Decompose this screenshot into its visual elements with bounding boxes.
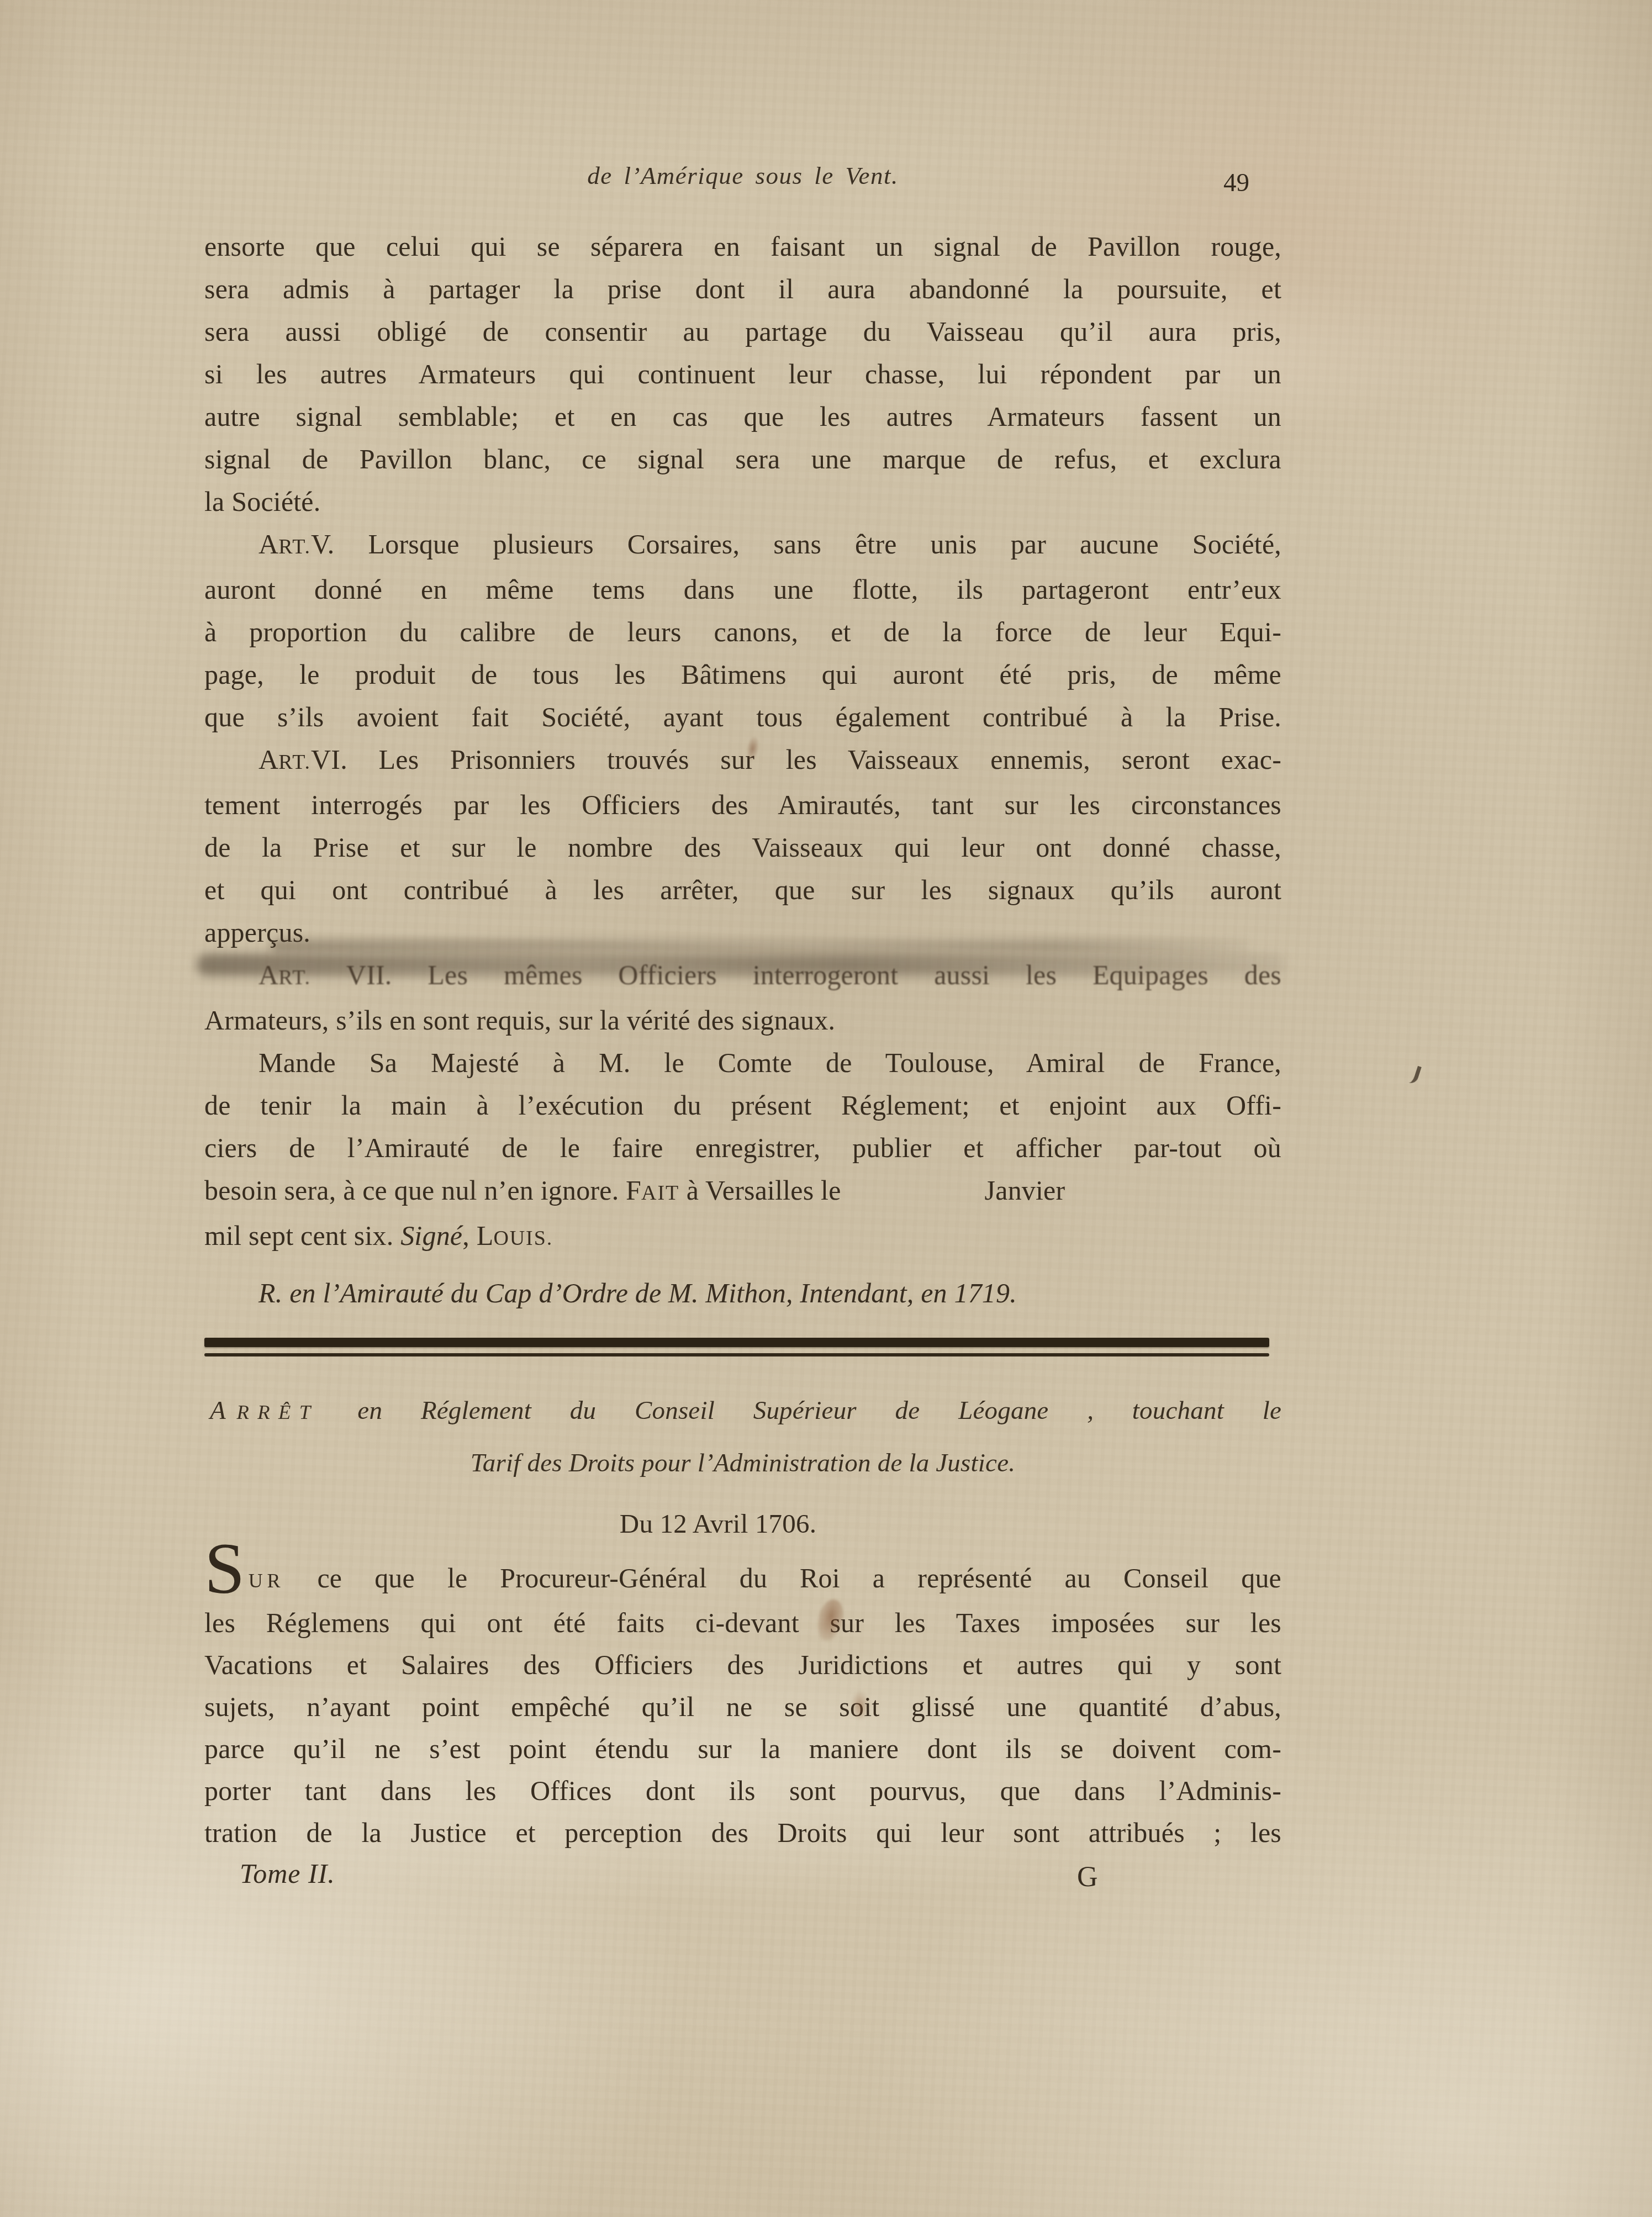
tome-label: Tome II. bbox=[240, 1858, 335, 1889]
article-label: A bbox=[258, 959, 278, 990]
paragraph-continuation: ensorte que celui qui se séparera en fai… bbox=[204, 225, 1281, 523]
registration-note: R. en l’Amirauté du Cap d’Ordre de M. Mi… bbox=[204, 1272, 1281, 1315]
article-label: A bbox=[258, 529, 278, 559]
text-line-smudged: Art. VII. Les mêmes Officiers interroger… bbox=[204, 954, 1281, 999]
text-line: page, le produit de tous les Bâtimens qu… bbox=[204, 653, 1281, 696]
text-line: apperçus. bbox=[204, 911, 1281, 954]
text-line: tration de la Justice et perception des … bbox=[204, 1812, 1281, 1854]
running-head-title: de l’Amérique sous le Vent. bbox=[204, 161, 1281, 190]
stray-ink-mark bbox=[1405, 1064, 1421, 1085]
paragraph-article-6: Art.VI. Les Prisonniers trouvés sur les … bbox=[204, 738, 1281, 954]
paragraph-registration: R. en l’Amirauté du Cap d’Ordre de M. Mi… bbox=[204, 1272, 1281, 1315]
text-line: Art.V. Lorsque plusieurs Corsaires, sans… bbox=[204, 523, 1281, 568]
text-line: tement interrogés par les Officiers des … bbox=[204, 784, 1281, 826]
text-line: parce qu’il ne s’est point étendu sur la… bbox=[204, 1728, 1281, 1770]
section-divider-rule bbox=[204, 1338, 1269, 1356]
article-label: A bbox=[258, 744, 278, 775]
text-line: sera admis à partager la prise dont il a… bbox=[204, 268, 1281, 310]
text-line: signal de Pavillon blanc, ce signal sera… bbox=[204, 438, 1281, 481]
page-number: 49 bbox=[1223, 168, 1249, 198]
text-line: Sur ce que le Procureur-Général du Roi a… bbox=[204, 1557, 1281, 1602]
section-heading: Arrêt en Réglement du Conseil Supérieur … bbox=[204, 1385, 1281, 1488]
text-line: que s’ils avoient fait Société, ayant to… bbox=[204, 696, 1281, 738]
rule-thin bbox=[204, 1353, 1269, 1356]
text-line: Armateurs, s’ils en sont requis, sur la … bbox=[204, 999, 1281, 1042]
text-line: de tenir la main à l’exécution du présen… bbox=[204, 1084, 1281, 1127]
text-line: Art.VI. Les Prisonniers trouvés sur les … bbox=[204, 738, 1281, 784]
text-line: ensorte que celui qui se séparera en fai… bbox=[204, 225, 1281, 268]
text-line: sera aussi obligé de consentir au partag… bbox=[204, 310, 1281, 353]
text-line: autre signal semblable; et en cas que le… bbox=[204, 395, 1281, 438]
text-line: besoin sera, à ce que nul n’en ignore. F… bbox=[204, 1169, 1281, 1215]
text-line: mil sept cent six. Signé, Louis. bbox=[204, 1215, 1281, 1260]
text-column: ensorte que celui qui se séparera en fai… bbox=[204, 225, 1281, 1902]
rule-thick bbox=[204, 1338, 1269, 1347]
text-line: et qui ont contribué à les arrêter, que … bbox=[204, 869, 1281, 911]
text-line: ciers de l’Amirauté de le faire enregist… bbox=[204, 1127, 1281, 1169]
text-line: sujets, n’ayant point empêché qu’il ne s… bbox=[204, 1686, 1281, 1728]
text-line: porter tant dans les Offices dont ils so… bbox=[204, 1770, 1281, 1812]
signature-mark: G bbox=[1077, 1856, 1098, 1898]
running-head: de l’Amérique sous le Vent. 49 bbox=[204, 161, 1281, 203]
page-footer: Tome II. G bbox=[204, 1852, 1281, 1902]
text-line: les Réglemens qui ont été faits ci-devan… bbox=[204, 1602, 1281, 1644]
heading-line: Arrêt en Réglement du Conseil Supérieur … bbox=[204, 1385, 1281, 1438]
fait-label: F bbox=[626, 1175, 641, 1206]
text-line: de la Prise et sur le nombre des Vaissea… bbox=[204, 826, 1281, 869]
paragraph-sur: Sur ce que le Procureur-Général du Roi a… bbox=[204, 1557, 1281, 1854]
heading-line: Tarif des Droits pour l’Administration d… bbox=[204, 1438, 1281, 1488]
paragraph-article-7: Art. VII. Les mêmes Officiers interroger… bbox=[204, 954, 1281, 1042]
paragraph-article-5: Art.V. Lorsque plusieurs Corsaires, sans… bbox=[204, 523, 1281, 738]
louis-signature: L bbox=[477, 1220, 494, 1251]
signe-label: Signé bbox=[400, 1220, 462, 1251]
text-line: auront donné en même tems dans une flott… bbox=[204, 568, 1281, 611]
text-line: la Société. bbox=[204, 481, 1281, 523]
text-line: à proportion du calibre de leurs canons,… bbox=[204, 611, 1281, 653]
scanned-book-page: { "page": { "running_head": "de l’Amériq… bbox=[0, 0, 1652, 2217]
date-line: Du 12 Avril 1706. bbox=[204, 1507, 1281, 1540]
text-line: si les autres Armateurs qui continuent l… bbox=[204, 353, 1281, 395]
arret-label: A bbox=[210, 1396, 236, 1425]
paragraph-mande: Mande Sa Majesté à M. le Comte de Toulou… bbox=[204, 1042, 1281, 1260]
text-line: Mande Sa Majesté à M. le Comte de Toulou… bbox=[204, 1042, 1281, 1084]
text-line: Vacations et Salaires des Officiers des … bbox=[204, 1644, 1281, 1686]
